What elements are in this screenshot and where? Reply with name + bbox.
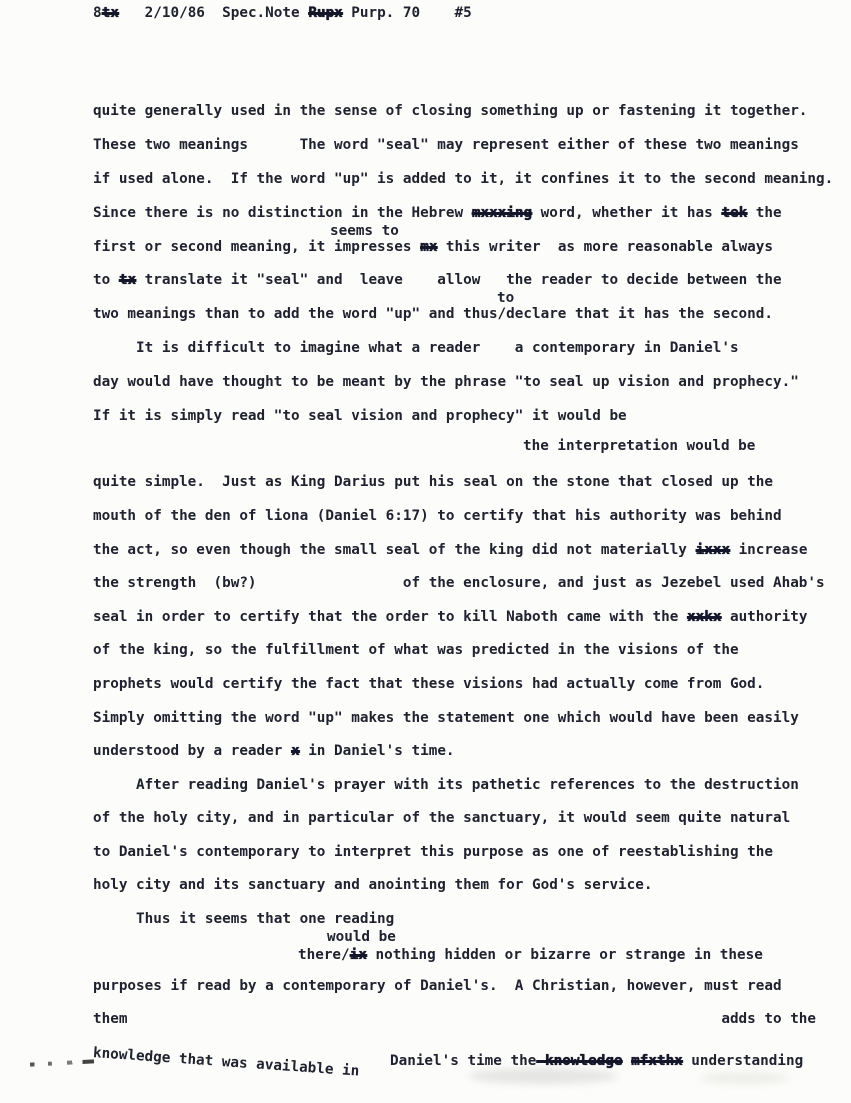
interline-insertion: seems to (330, 223, 399, 240)
text-segment: of the holy city, and in particular of t… (93, 810, 790, 826)
typewritten-line: mouth of the den of liona (Daniel 6:17) … (93, 508, 782, 525)
smudge-mark (700, 1072, 790, 1084)
text-segment: These two meanings The word "seal" may r… (93, 137, 799, 153)
text-segment: to (497, 290, 514, 306)
struck-text: tx (102, 5, 119, 21)
typewritten-line: day would have thought to be meant by th… (93, 374, 799, 391)
text-segment: translate it "seal" and leave allow the … (136, 272, 782, 288)
interline-insertion: would be (327, 929, 396, 946)
struck-text: Rupx (308, 5, 342, 21)
typewritten-line: first or second meaning, it impresses mx… (93, 239, 773, 256)
struck-text: xxkx (687, 609, 721, 625)
text-segment: quite generally used in the sense of clo… (93, 103, 807, 119)
typewritten-line: them adds to the (93, 1011, 816, 1028)
text-segment: the act, so even though the small seal o… (93, 542, 696, 558)
text-segment: the (747, 205, 781, 221)
text-segment (622, 1053, 631, 1069)
text-segment: quite simple. Just as King Darius put hi… (93, 474, 773, 490)
text-segment: them adds to the (93, 1011, 816, 1027)
typewritten-line: two meanings than to add the word "up" a… (93, 306, 773, 323)
pen-mark (30, 1057, 94, 1067)
typewritten-line: holy city and its sanctuary and anointin… (93, 877, 652, 894)
struck-text: ixxx (696, 542, 730, 558)
text-segment: seems to (330, 223, 399, 239)
text-segment: to (93, 272, 119, 288)
typewritten-line: to Daniel's contemporary to interpret th… (93, 844, 773, 861)
typewritten-line: to tx translate it "seal" and leave allo… (93, 272, 782, 289)
text-segment: 2/10/86 Spec.Note (119, 5, 308, 21)
typewritten-line: quite simple. Just as King Darius put hi… (93, 474, 773, 491)
text-segment: Daniel's time the (390, 1053, 536, 1069)
header-line: 8tx 2/10/86 Spec.Note Rupx Purp. 70 #5 (93, 5, 472, 22)
typewritten-line: of the holy city, and in particular of t… (93, 810, 790, 827)
typewritten-line: prophets would certify the fact that the… (93, 676, 764, 693)
text-segment: in Daniel's time. (300, 743, 455, 759)
typewritten-line: there/ix nothing hidden or bizarre or st… (298, 947, 763, 964)
text-segment: purposes if read by a contemporary of Da… (93, 978, 782, 994)
struck-text: ix (350, 947, 367, 963)
typewritten-line: if used alone. If the word "up" is added… (93, 171, 833, 188)
manuscript-page: 8tx 2/10/86 Spec.Note Rupx Purp. 70 #5qu… (0, 0, 851, 1103)
typewritten-line: These two meanings The word "seal" may r… (93, 137, 799, 154)
text-segment: prophets would certify the fact that the… (93, 676, 764, 692)
text-segment: knowledge that was available in (92, 1045, 359, 1080)
typewritten-line: understood by a reader x in Daniel's tim… (93, 743, 455, 760)
text-segment: first or second meaning, it impresses (93, 239, 420, 255)
text-segment: authority (721, 609, 807, 625)
smudge-mark (468, 1068, 618, 1084)
text-segment: there/ (298, 947, 350, 963)
typewritten-line: purposes if read by a contemporary of Da… (93, 978, 782, 995)
typewritten-line: Thus it seems that one reading (93, 911, 394, 928)
text-segment: the interpretation would be (523, 438, 755, 454)
typewritten-line: of the king, so the fulfillment of what … (93, 642, 739, 659)
typewritten-line: Since there is no distinction in the Heb… (93, 205, 782, 222)
text-segment: It is difficult to imagine what a reader… (93, 340, 739, 356)
text-segment: Purp. 70 #5 (343, 5, 472, 21)
typewritten-line: the interpretation would be (523, 438, 755, 455)
text-segment: mouth of the den of liona (Daniel 6:17) … (93, 508, 782, 524)
typewritten-line: Simply omitting the word "up" makes the … (93, 710, 799, 727)
text-segment: two meanings than to add the word "up" a… (93, 306, 773, 322)
text-segment: After reading Daniel's prayer with its p… (93, 777, 799, 793)
typewritten-line: the act, so even though the small seal o… (93, 542, 807, 559)
text-segment: seal in order to certify that the order … (93, 609, 687, 625)
struck-text: mx (420, 239, 437, 255)
text-segment: Thus it seems that one reading (93, 911, 394, 927)
text-segment: nothing hidden or bizarre or strange in … (367, 947, 763, 963)
text-segment: understanding (683, 1053, 804, 1069)
text-segment: understood by a reader (93, 743, 291, 759)
text-segment: day would have thought to be meant by th… (93, 374, 799, 390)
text-segment: to Daniel's contemporary to interpret th… (93, 844, 773, 860)
struck-text: mfxthx (631, 1053, 683, 1069)
typewritten-line: If it is simply read "to seal vision and… (93, 408, 627, 425)
typewritten-line: After reading Daniel's prayer with its p… (93, 777, 799, 794)
text-segment: word, whether it has (532, 205, 721, 221)
struck-text: tx (119, 272, 136, 288)
struck-text: x (291, 743, 300, 759)
interline-insertion: to (497, 290, 514, 307)
struck-text: mxxxing (472, 205, 532, 221)
typewritten-line: seal in order to certify that the order … (93, 609, 807, 626)
text-segment: 8 (93, 5, 102, 21)
text-segment: if used alone. If the word "up" is added… (93, 171, 833, 187)
typewritten-line: the strength (bw?) of the enclosure, and… (93, 575, 825, 592)
text-segment: the strength (bw?) of the enclosure, and… (93, 575, 825, 591)
text-segment: of the king, so the fulfillment of what … (93, 642, 739, 658)
struck-text: knowledge (536, 1053, 622, 1069)
slanted-line: knowledge that was available in (92, 1045, 359, 1081)
struck-text: tek (721, 205, 747, 221)
text-segment: increase (730, 542, 807, 558)
text-segment: If it is simply read "to seal vision and… (93, 408, 627, 424)
text-segment: holy city and its sanctuary and anointin… (93, 877, 652, 893)
typewritten-line: quite generally used in the sense of clo… (93, 103, 807, 120)
text-segment: would be (327, 929, 396, 945)
text-segment: Since there is no distinction in the Heb… (93, 205, 472, 221)
typewritten-line: It is difficult to imagine what a reader… (93, 340, 739, 357)
text-segment: Simply omitting the word "up" makes the … (93, 710, 799, 726)
typewritten-line: Daniel's time the knowledge mfxthx under… (390, 1053, 803, 1070)
text-segment: this writer as more reasonable always (437, 239, 773, 255)
